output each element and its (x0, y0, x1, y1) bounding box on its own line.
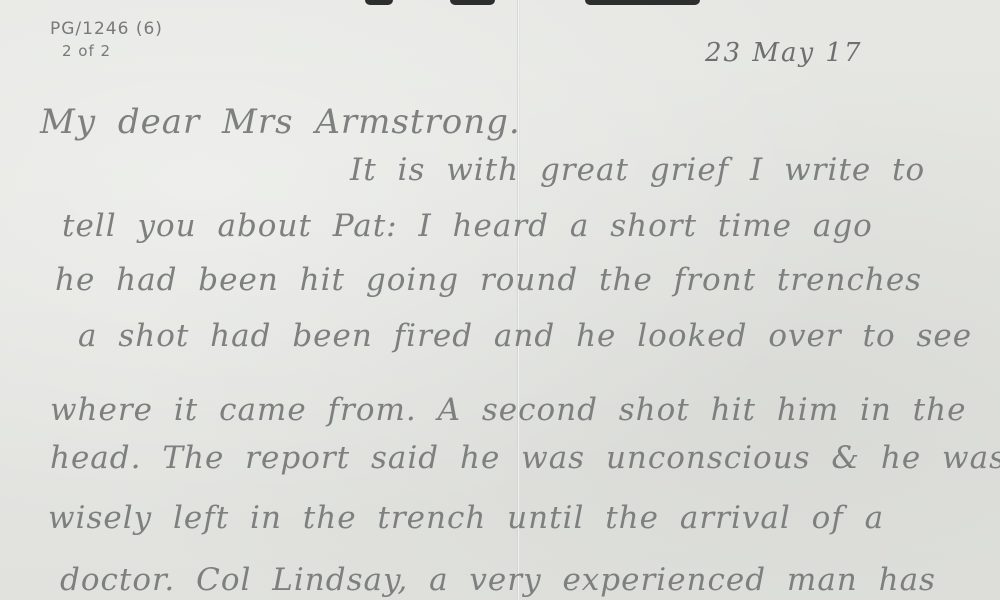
letter-page: PG/1246 (6) 2 of 2 23 May 17 My dear Mrs… (0, 0, 1000, 600)
archive-reference: PG/1246 (6) 2 of 2 (50, 18, 163, 62)
body-line: he had been hit going round the front tr… (55, 262, 922, 298)
archive-ref-number: PG/1246 (6) (50, 19, 163, 39)
body-line: wisely left in the trench until the arri… (48, 500, 884, 536)
body-line: where it came from. A second shot hit hi… (50, 392, 966, 428)
top-edge-mark (450, 0, 495, 5)
salutation: My dear Mrs Armstrong. (40, 102, 521, 142)
letter-date: 23 May 17 (705, 38, 863, 68)
body-line: It is with great grief I write to (350, 152, 925, 188)
body-line: a shot had been fired and he looked over… (78, 318, 972, 354)
body-line: doctor. Col Lindsay, a very experienced … (60, 562, 936, 598)
top-edge-mark (365, 0, 393, 5)
body-line: tell you about Pat: I heard a short time… (62, 208, 873, 244)
archive-page-count: 2 of 2 (50, 40, 163, 62)
body-line: head. The report said he was unconscious… (50, 440, 1000, 476)
top-edge-mark (585, 0, 700, 5)
